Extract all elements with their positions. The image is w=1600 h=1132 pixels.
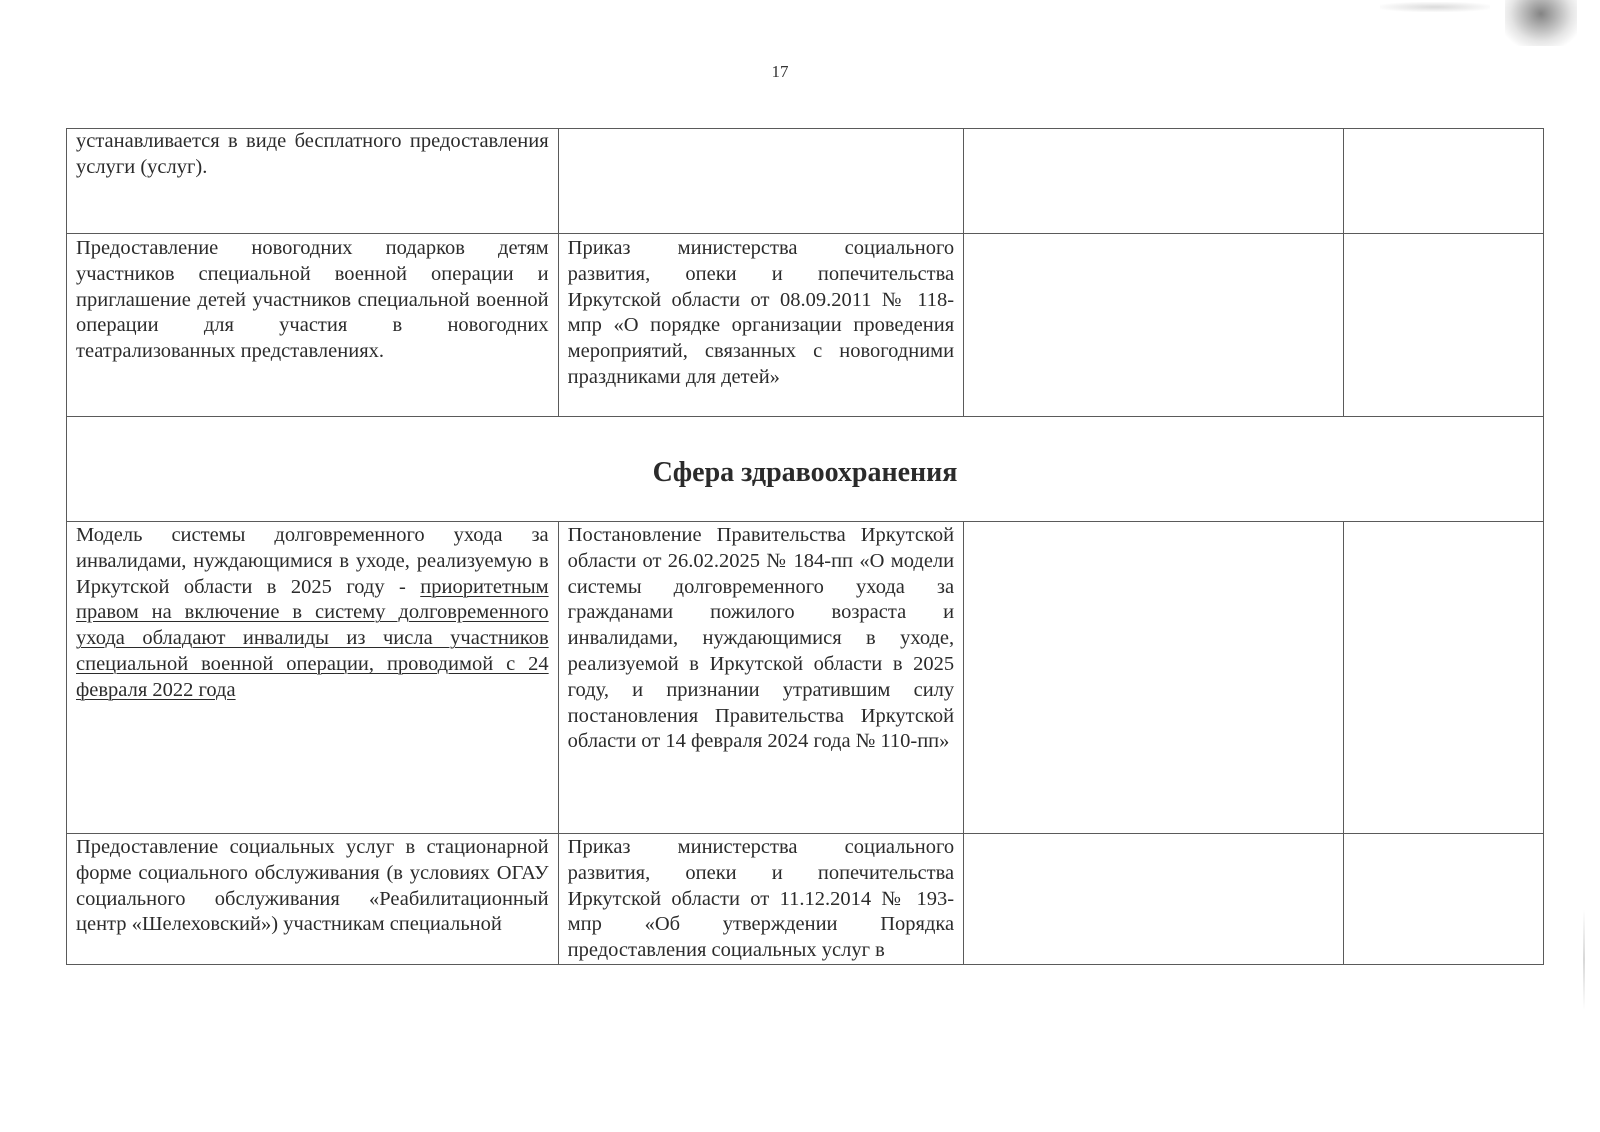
legal-basis-cell bbox=[558, 129, 963, 234]
legal-basis-cell: Постановление Правительства Иркутской об… bbox=[558, 522, 963, 834]
empty-cell bbox=[964, 834, 1344, 965]
measures-table: устанавливается в виде бесплатного предо… bbox=[66, 128, 1544, 965]
legal-basis-text: Приказ министерства социального развития… bbox=[568, 835, 954, 964]
measure-text: Предоставление социальных услуг в стацио… bbox=[76, 836, 549, 935]
page-number: 17 bbox=[760, 62, 800, 82]
legal-basis-cell: Приказ министерства социального развития… bbox=[558, 834, 963, 965]
table-row: устанавливается в виде бесплатного предо… bbox=[67, 129, 1544, 234]
measure-text: устанавливается в виде бесплатного предо… bbox=[76, 129, 549, 181]
scan-artifact bbox=[1505, 0, 1577, 46]
empty-cell bbox=[964, 129, 1344, 234]
empty-cell bbox=[1344, 522, 1544, 834]
legal-basis-cell: Приказ министерства социального развития… bbox=[558, 234, 963, 417]
measure-cell: Предоставление новогодних подарков детям… bbox=[67, 234, 559, 417]
empty-cell bbox=[1344, 129, 1544, 234]
section-heading-row: Сфера здравоохранения bbox=[67, 417, 1544, 522]
measure-cell: Предоставление социальных услуг в стацио… bbox=[67, 834, 559, 965]
table-row: Предоставление новогодних подарков детям… bbox=[67, 234, 1544, 417]
section-heading: Сфера здравоохранения bbox=[67, 417, 1544, 522]
table-row: Модель системы долговременного ухода за … bbox=[67, 522, 1544, 834]
empty-cell bbox=[964, 234, 1344, 417]
measure-cell: Модель системы долговременного ухода за … bbox=[67, 522, 559, 834]
table-row: Предоставление социальных услуг в стацио… bbox=[67, 834, 1544, 965]
legal-basis-text: Приказ министерства социального развития… bbox=[568, 236, 954, 391]
empty-cell bbox=[1344, 234, 1544, 417]
legal-basis-text: Постановление Правительства Иркутской об… bbox=[568, 523, 954, 755]
measure-cell: устанавливается в виде бесплатного предо… bbox=[67, 129, 559, 234]
scan-artifact bbox=[1380, 2, 1490, 12]
empty-cell bbox=[1344, 834, 1544, 965]
empty-cell bbox=[964, 522, 1344, 834]
scan-artifact bbox=[1583, 910, 1585, 1010]
measure-text: Предоставление новогодних подарков детям… bbox=[76, 236, 549, 365]
